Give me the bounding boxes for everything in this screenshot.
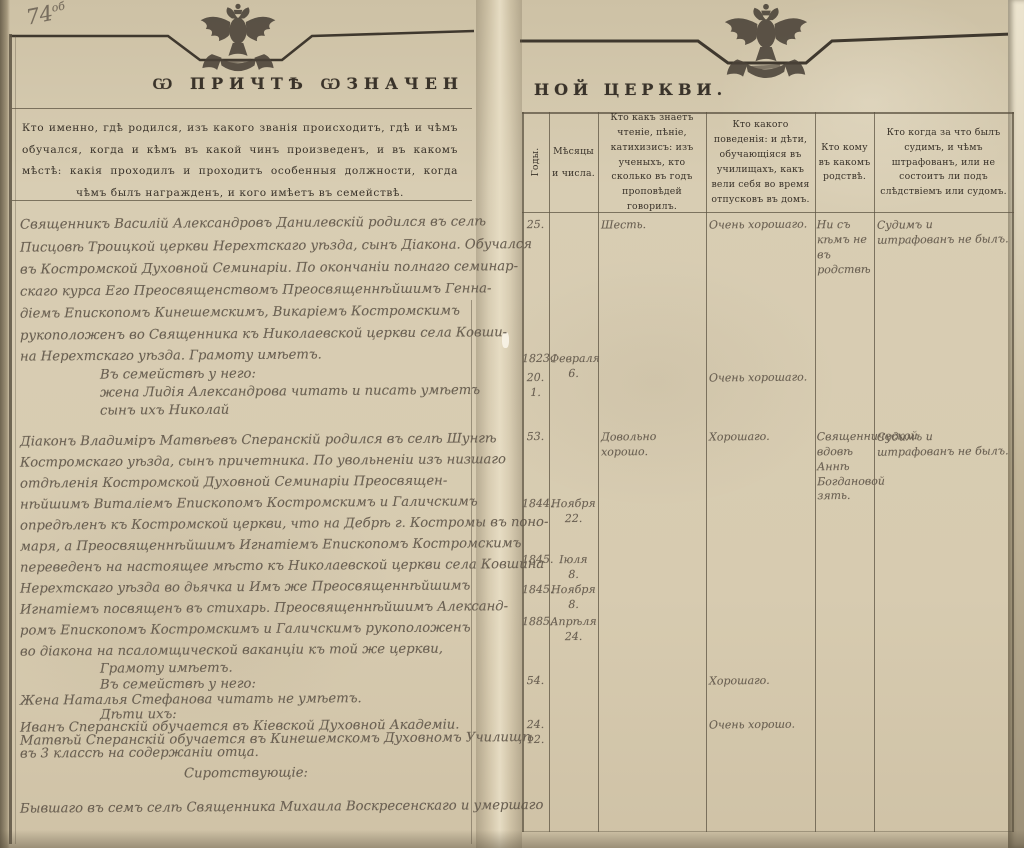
table-border-v4	[706, 112, 707, 832]
col-header-conduct: Кто какого поведенія: и дѣти, обучающіяс…	[707, 114, 814, 212]
table-cell-dates: Ноября 8.	[550, 583, 597, 613]
table-cell-kinship: Ни съ кѣмъ не въ родствѣ	[817, 218, 873, 278]
table-cell-dates: Февраля 6.	[550, 352, 597, 382]
col-header-dates: Мѣсяцы и числа.	[549, 116, 598, 210]
table-border-v6	[874, 112, 875, 832]
manuscript-line: Грамоту имѣетъ.	[100, 658, 552, 676]
manuscript-line: Сиротствующіе:	[20, 764, 472, 782]
left-page-frame-left	[9, 34, 12, 844]
book-bottom-edge	[0, 830, 1024, 848]
table-header-bottom-border	[522, 212, 1014, 213]
left-header-title: Ѡ ПРИЧТѢ ѠЗНАЧЕН	[0, 74, 470, 94]
table-cell-years: 1845.	[522, 583, 549, 598]
folio-suffix: об	[51, 0, 67, 15]
table-cell-kinship: Священнической вдовѣ Аннѣ Богдановой зят…	[817, 430, 873, 505]
manuscript-line: сынъ ихъ Николай	[100, 400, 552, 418]
table-cell-dates: Апрѣля 24.	[550, 615, 597, 645]
book-gutter	[476, 0, 522, 848]
table-cell-judged: Судимъ и штрафованъ не былъ.	[877, 429, 1009, 460]
manuscript-line: ромъ Епископомъ Костромскимъ и Галичским…	[20, 620, 472, 638]
register-scan-page: 74об Ѡ ПРИЧТѢ ѠЗНАЧЕН Кто именно, гдѣ ро…	[0, 0, 1024, 848]
table-cell-conduct: Хорошаго.	[709, 673, 811, 689]
left-header-underline	[12, 108, 472, 109]
folio-number: 74об	[24, 0, 68, 30]
right-header-title: НОЙ ЦЕРКВИ.	[534, 80, 727, 99]
manuscript-line: діемъ Епископомъ Кинешемскимъ, Викаріемъ…	[20, 303, 472, 321]
manuscript-line: Нерехтскаго уѣзда во дьячка и Имъ же Пре…	[20, 578, 472, 596]
table-border-v2	[549, 112, 550, 832]
table-cell-years: 1823.	[522, 352, 549, 367]
table-cell-conduct: Очень хорошаго.	[709, 217, 811, 233]
manuscript-line: скаго курса Его Преосвященствомъ Преосвя…	[20, 281, 472, 299]
manuscript-line: Костромскаго уѣзда, сынъ причетника. По …	[20, 452, 472, 470]
table-bottom-border	[522, 831, 1014, 832]
left-column-description: Кто именно, гдѣ родился, изъ какого зван…	[22, 118, 458, 205]
table-cell-conduct: Очень хорошаго.	[709, 370, 811, 386]
manuscript-line: маря, а Преосвященнѣйшимъ Игнатіемъ Епис…	[20, 536, 472, 554]
table-cell-years: 25.	[522, 218, 549, 233]
col-header-years: Годы.	[524, 134, 548, 190]
manuscript-line: на Нерехтскаго уѣзда. Грамоту имѣетъ.	[20, 346, 472, 364]
table-cell-years: 24. 12.	[522, 718, 549, 748]
manuscript-line: въ 3 классѣ на содержаніи отца.	[20, 743, 472, 761]
table-cell-conduct: Хорошаго.	[709, 429, 811, 445]
manuscript-line: въ Костромской Духовной Семинаріи. По ок…	[20, 259, 472, 277]
manuscript-line: Писцовѣ Троицкой церкви Нерехтскаго уѣзд…	[20, 237, 472, 255]
manuscript-line: отдѣленія Костромской Духовной Семинаріи…	[20, 473, 472, 491]
table-cell-judged: Судимъ и штрафованъ не былъ.	[877, 217, 1009, 248]
manuscript-line: Игнатіемъ посвященъ въ стихарь. Преосвящ…	[20, 599, 472, 617]
manuscript-line: Въ семействѣ у него:	[100, 364, 552, 382]
manuscript-line: Священникъ Василій Александровъ Данилевс…	[20, 214, 472, 232]
left-description-underline	[12, 200, 472, 201]
manuscript-line: опредѣленъ къ Костромской церкви, что на…	[20, 515, 472, 533]
table-cell-dates: Іюля 8.	[550, 553, 597, 583]
imperial-double-eagle-icon	[201, 4, 276, 71]
manuscript-line: Въ семействѣ у него:	[100, 674, 552, 692]
left-page-frame-left-inner	[15, 36, 16, 844]
col-header-judged: Кто когда за что былъ судимъ, и чѣмъ штр…	[875, 114, 1012, 212]
table-cell-conduct: Очень хорошо.	[709, 717, 811, 733]
table-cell-years: 54.	[522, 674, 549, 689]
col-header-knowledge: Кто какъ знаетъ чтеніе, пѣніе, катихизис…	[599, 114, 705, 212]
table-cell-years: 1885.	[522, 615, 549, 630]
table-cell-years: 1845.	[522, 553, 549, 568]
manuscript-line: во діакона на псаломщической ваканціи къ…	[20, 641, 472, 659]
manuscript-line: жена Лидія Александрова читать и писать …	[100, 382, 552, 400]
table-cell-dates: Ноября 22.	[550, 497, 597, 527]
table-border-v3	[598, 112, 599, 832]
imperial-double-eagle-icon	[725, 4, 807, 78]
table-cell-knowledge: Шесть.	[601, 217, 703, 233]
manuscript-line: нѣйшимъ Виталіемъ Епископомъ Костромским…	[20, 494, 472, 512]
manuscript-line: переведенъ на настоящее мѣсто къ Николае…	[20, 557, 472, 575]
col-header-kinship: Кто кому въ какомъ родствѣ.	[815, 114, 874, 212]
table-cell-years: 53.	[522, 430, 549, 445]
table-cell-knowledge: Довольно хорошо.	[601, 429, 703, 460]
table-cell-years: 20. 1.	[522, 371, 549, 401]
table-cell-years: 1844.	[522, 497, 549, 512]
table-border-v7	[1012, 112, 1014, 832]
manuscript-line: рукоположенъ во Священника къ Николаевск…	[20, 325, 472, 343]
manuscript-line: Діаконъ Владиміръ Матвѣевъ Сперанскій ро…	[20, 431, 472, 449]
manuscript-line: Бывшаго въ семъ селѣ Священника Михаила …	[20, 798, 472, 816]
